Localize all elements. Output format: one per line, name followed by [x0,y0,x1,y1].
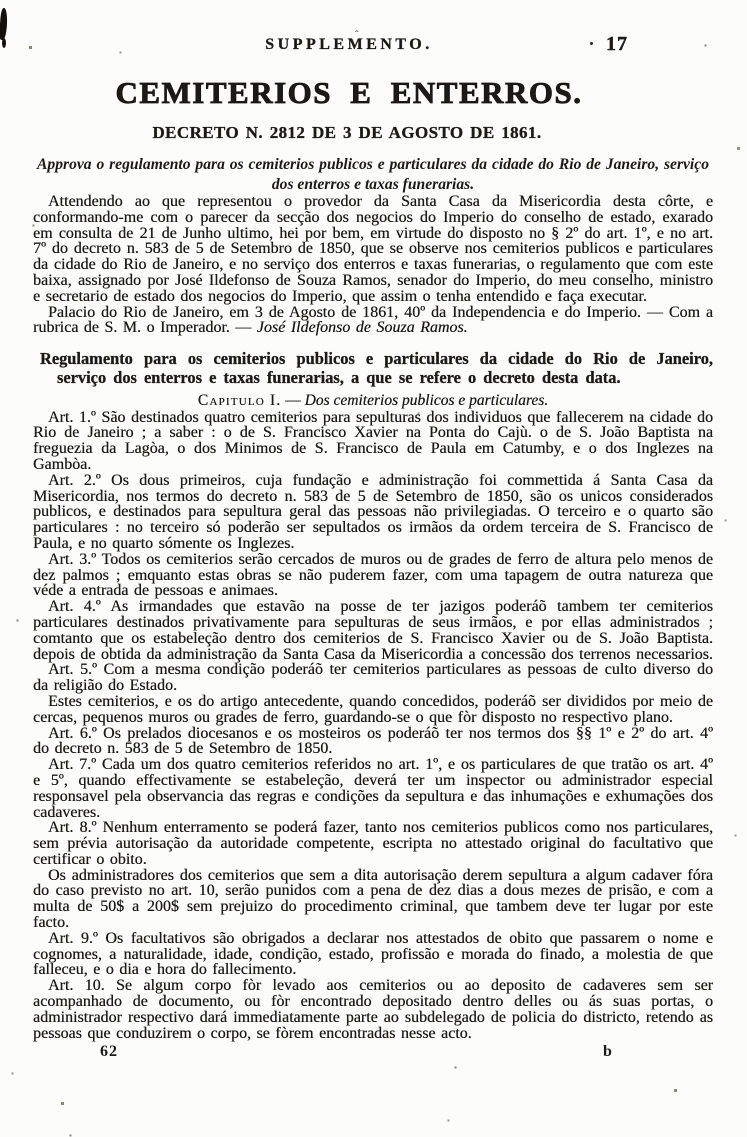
signature-mark-right: b [603,1043,612,1061]
supplement-header: SUPPLEMENTO. [9,36,689,54]
article-paragraph: Art. 9.º Os facultativos são obrigados a… [33,931,713,978]
signature-paragraph: Palacio do Rio de Janeiro, em 3 de Agost… [33,305,713,337]
ink-blemish [2,38,6,48]
chapter-heading: Capitulo I. — Dos cemiterios publicos e … [33,392,713,410]
article-paragraph: Art. 1.º São destinados quatro cemiterio… [33,410,713,473]
article-paragraph: Art. 3.º Todos os cemiterios serão cerca… [33,552,713,599]
article-paragraph: Art. 5.º Com a mesma condição poderáõ te… [33,662,713,694]
decree-heading: DECRETO N. 2812 DE 3 DE AGOSTO DE 1861. [7,123,687,143]
decree-body: Attendendo ao que representou o provedor… [33,194,713,336]
regulation-heading: Regulamento para os cemiterios publicos … [33,349,713,387]
decree-summary: Approva o regulamento para os cemiterios… [37,155,709,194]
ink-blemish [0,8,8,40]
preamble-paragraph: Attendendo ao que representou o provedor… [33,194,713,305]
article-paragraph: Os administradores dos cemiterios que se… [33,868,713,931]
article-paragraph: Art. 2.º Os dous primeiros, cuja fundaçã… [33,473,713,552]
chapter-label: Capitulo I. [198,392,282,409]
ink-speck [590,42,593,45]
chapter-separator: — [285,392,301,409]
scanned-document-page: ˆ SUPPLEMENTO. 17 CEMITERIOS E ENTERROS.… [0,0,747,1137]
section-title: CEMITERIOS E ENTERROS. [9,75,689,111]
running-header: SUPPLEMENTO. 17 [33,36,713,60]
articles-block: Art. 1.º São destinados quatro cemiterio… [33,410,713,1042]
page-number: 17 [606,33,628,56]
article-paragraph: Art. 8.º Nenhum enterramento se poderá f… [33,820,713,867]
article-paragraph: Art. 6.º Os prelados diocesanos e os mos… [33,726,713,758]
signature-mark-left: 62 [100,1043,118,1061]
article-paragraph: Art. 10. Se algum corpo fòr levado aos c… [33,978,713,1041]
article-paragraph: Art. 7.º Cada um dos quatro cemiterios r… [33,757,713,820]
page-footer: 62 b [33,1043,713,1065]
article-paragraph: Art. 4.º As irmandades que estavão na po… [33,599,713,662]
text-block: SUPPLEMENTO. 17 CEMITERIOS E ENTERROS. D… [33,36,713,1065]
article-paragraph: Estes cemiterios, e os do artigo anteced… [33,694,713,726]
signer-name: José Ildefonso de Souza Ramos. [257,319,468,336]
scan-speckles [0,0,1,1]
chapter-title: Dos cemiterios publicos e particulares. [305,392,549,409]
